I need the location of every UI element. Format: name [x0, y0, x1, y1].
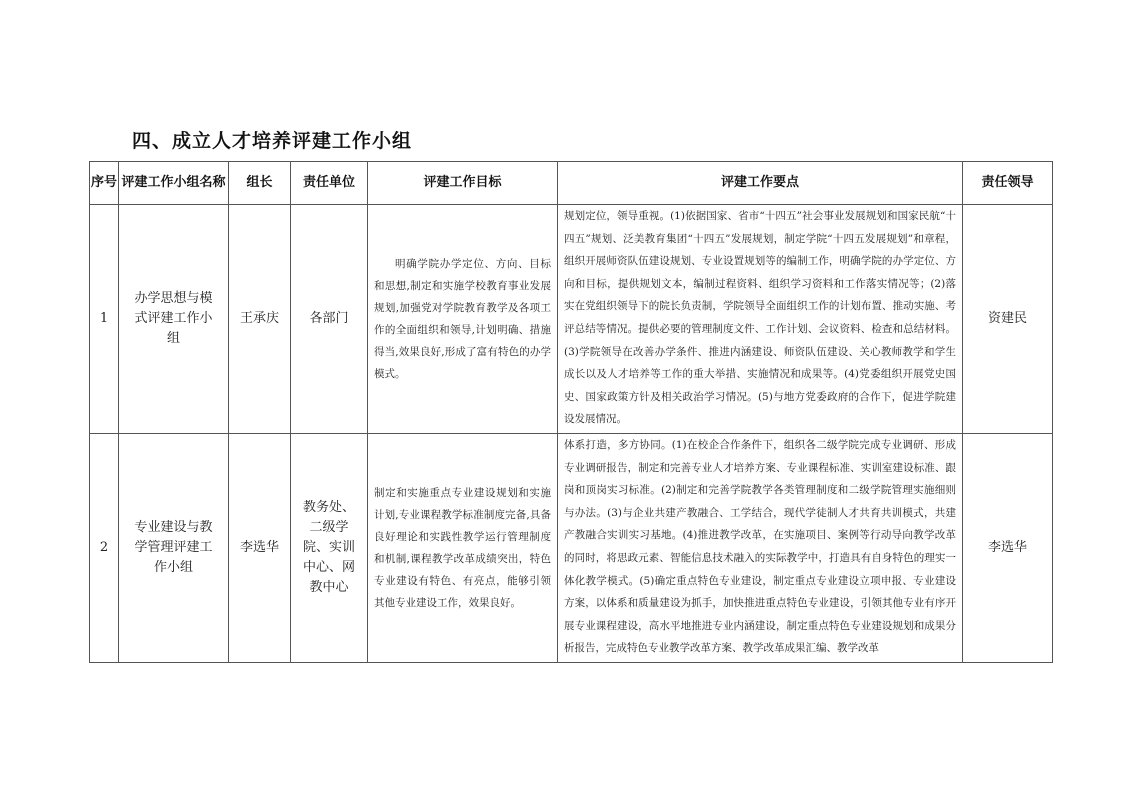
header-points: 评建工作要点: [558, 162, 963, 205]
header-no: 序号: [90, 162, 119, 205]
table-row: 2 专业建设与教学管理评建工作小组 李选华 教务处、二级学院、实训中心、网教中心…: [90, 434, 1053, 663]
header-leader: 组长: [229, 162, 291, 205]
cell-points: 体系打造，多方协同。(1)在校企合作条件下，组织各二级学院完成专业调研、形成专业…: [558, 434, 963, 663]
header-responsible: 责任领导: [963, 162, 1053, 205]
cell-unit: 各部门: [291, 205, 368, 434]
cell-leader: 王承庆: [229, 205, 291, 434]
cell-responsible: 李选华: [963, 434, 1053, 663]
cell-leader: 李选华: [229, 434, 291, 663]
header-group-name: 评建工作小组名称: [119, 162, 229, 205]
points-text: 体系打造，多方协同。(1)在校企合作条件下，组织各二级学院完成专业调研、形成专业…: [564, 434, 956, 662]
points-text: 规划定位，领导重视。(1)依据国家、省市“十四五”社会事业发展规划和国家民航“十…: [564, 205, 956, 433]
cell-no: 1: [90, 205, 119, 434]
section-title: 四、成立人才培养评建工作小组: [132, 126, 412, 153]
cell-goal: 明确学院办学定位、方向、目标和思想,制定和实施学校教育事业发展规划,加强党对学院…: [368, 205, 558, 434]
evaluation-groups-table: 序号 评建工作小组名称 组长 责任单位 评建工作目标 评建工作要点 责任领导 1…: [89, 161, 1053, 663]
cell-unit: 教务处、二级学院、实训中心、网教中心: [291, 434, 368, 663]
table-row: 1 办学思想与模式评建工作小组 王承庆 各部门 明确学院办学定位、方向、目标和思…: [90, 205, 1053, 434]
table-header-row: 序号 评建工作小组名称 组长 责任单位 评建工作目标 评建工作要点 责任领导: [90, 162, 1053, 205]
cell-points: 规划定位，领导重视。(1)依据国家、省市“十四五”社会事业发展规划和国家民航“十…: [558, 205, 963, 434]
cell-no: 2: [90, 434, 119, 663]
header-goal: 评建工作目标: [368, 162, 558, 205]
cell-group-name: 专业建设与教学管理评建工作小组: [119, 434, 229, 663]
cell-goal: 制定和实施重点专业建设规划和实施计划,专业课程教学标准制度完备,具备良好理论和实…: [368, 434, 558, 663]
cell-group-name: 办学思想与模式评建工作小组: [119, 205, 229, 434]
cell-responsible: 资建民: [963, 205, 1053, 434]
header-unit: 责任单位: [291, 162, 368, 205]
